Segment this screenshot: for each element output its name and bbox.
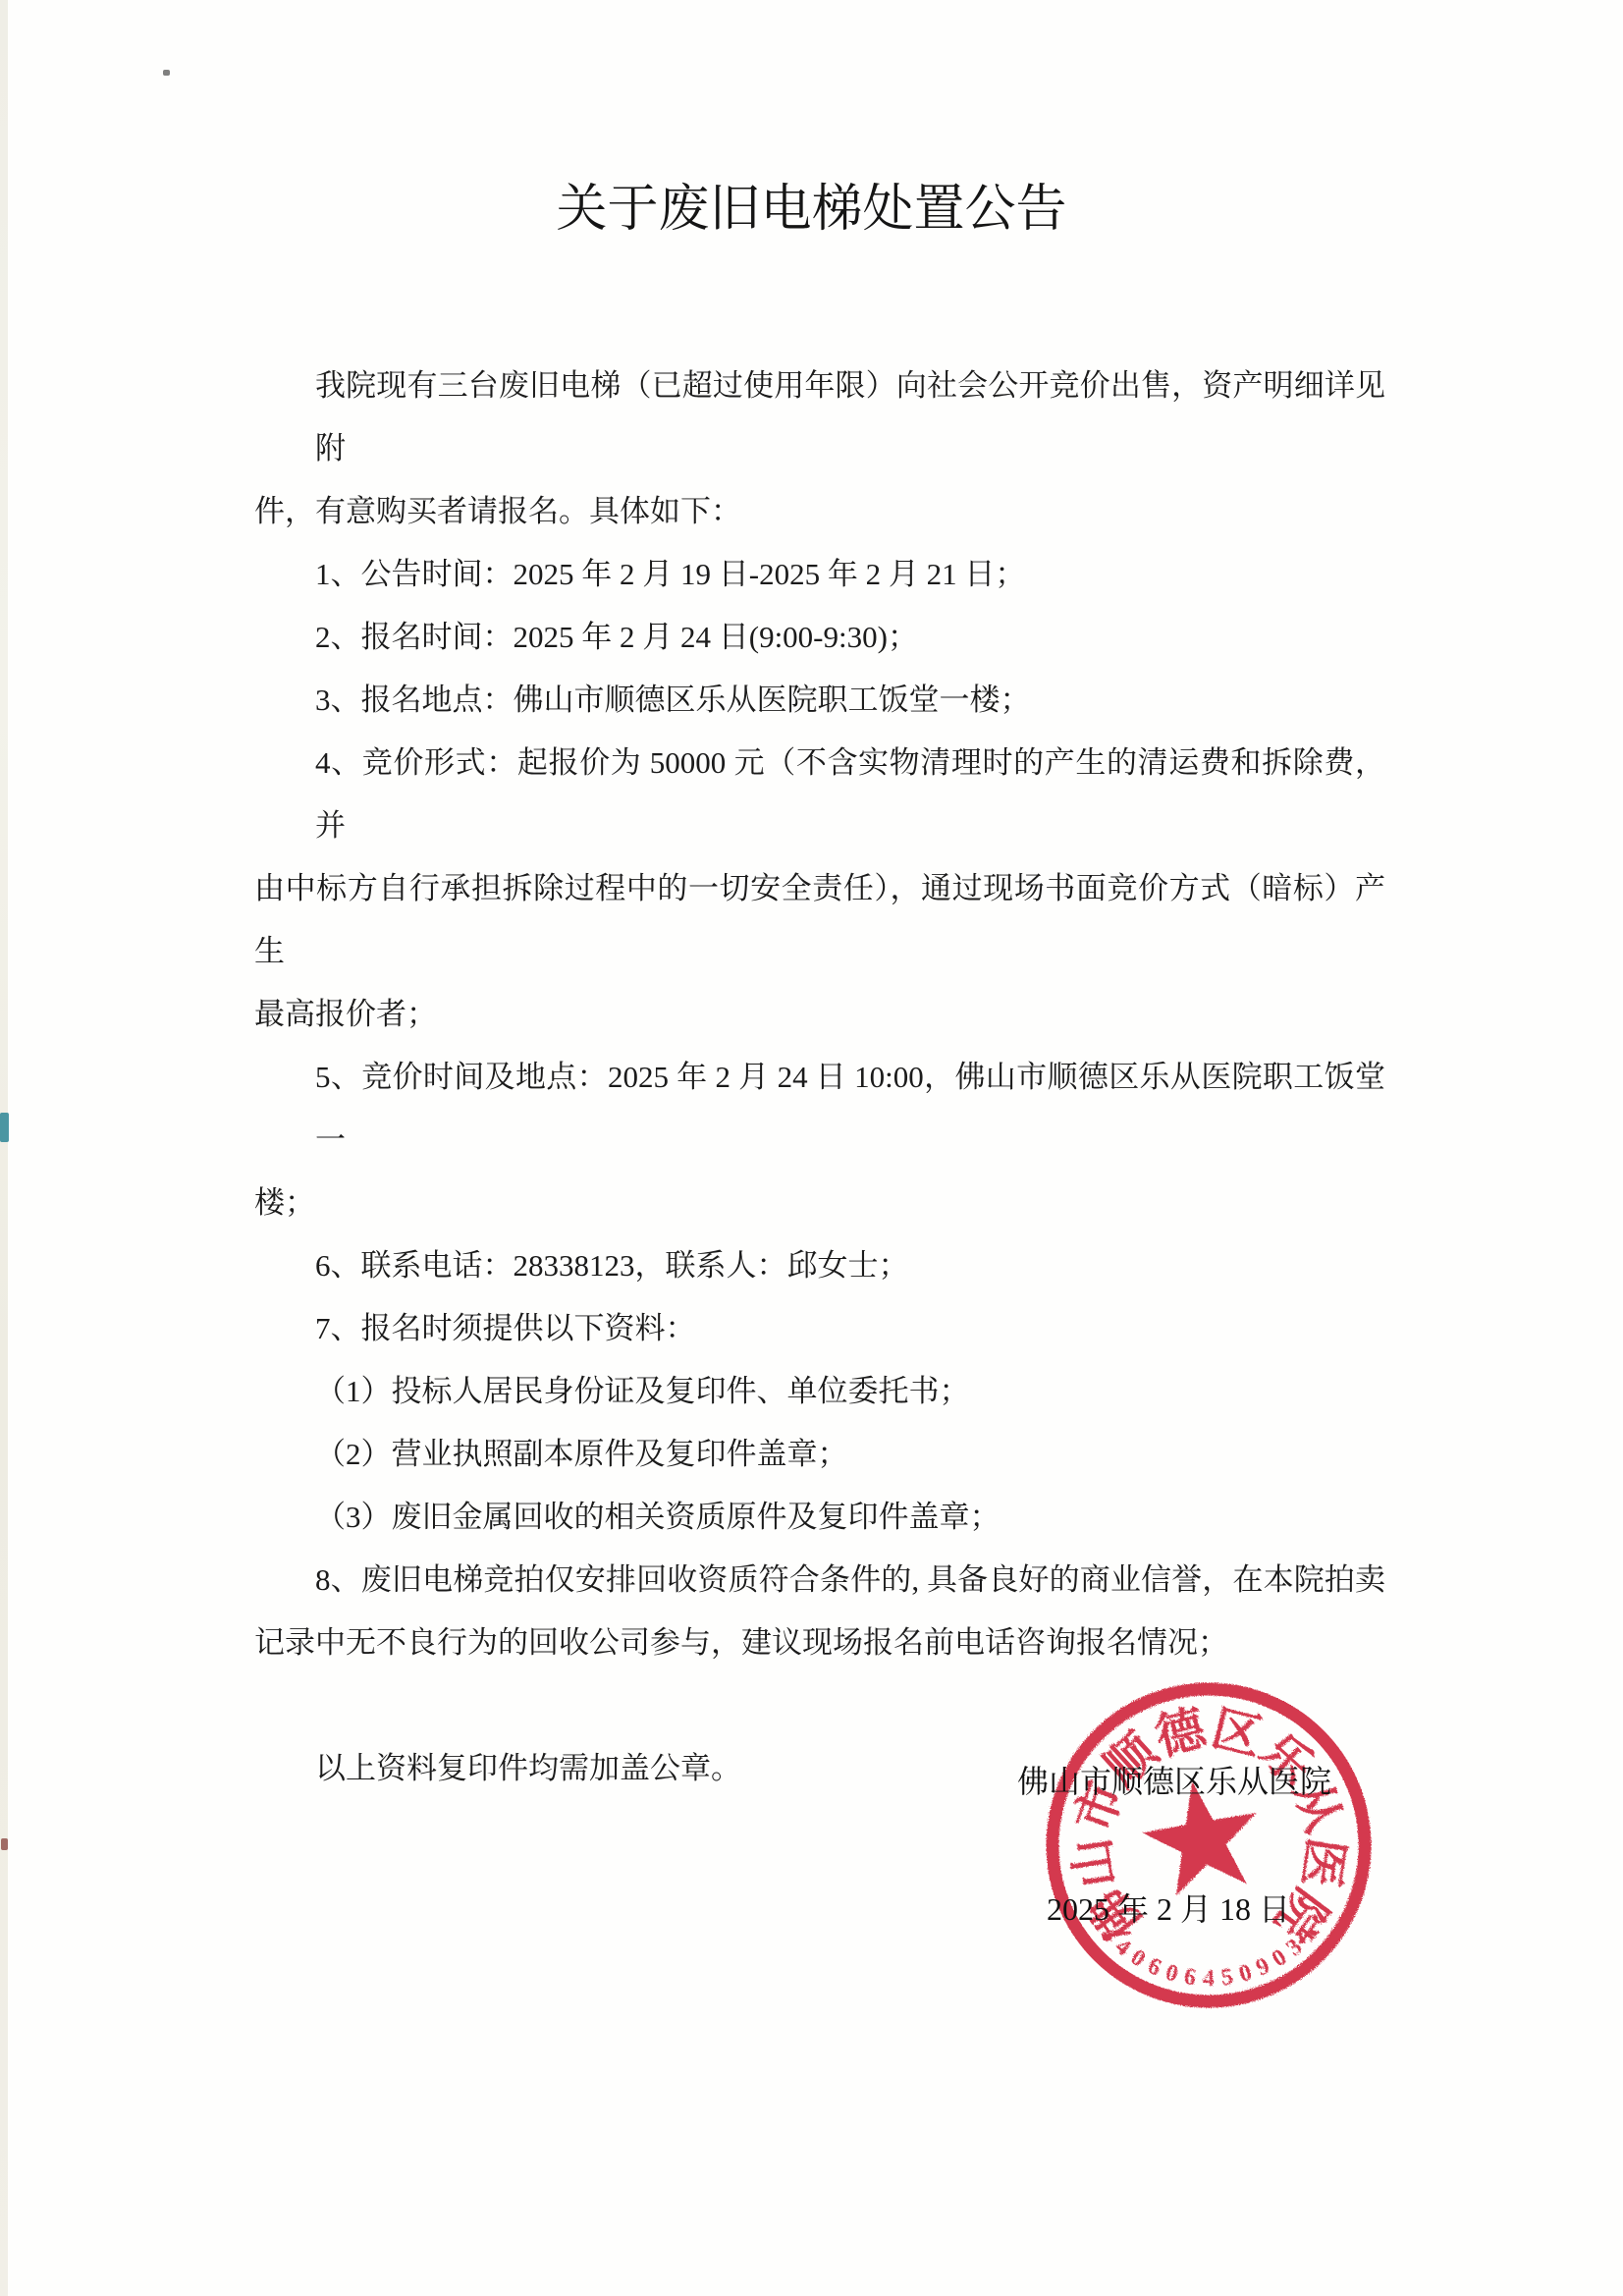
scan-speck <box>1 1838 8 1850</box>
body-line: 7、报名时须提供以下资料： <box>254 1297 1385 1360</box>
svg-text:5: 5 <box>1219 1964 1235 1991</box>
svg-text:山: 山 <box>1063 1834 1125 1891</box>
document-title: 关于废旧电梯处置公告 <box>0 181 1623 240</box>
signature-date: 2025 年 2 月 18 日 <box>1047 1889 1290 1929</box>
body-line: 3、报名地点：佛山市顺德区乐从医院职工饭堂一楼； <box>254 669 1385 732</box>
svg-text:0: 0 <box>1163 1960 1181 1988</box>
document-body: 我院现有三台废旧电梯（已超过使用年限）向社会公开竞价出售，资产明细详见附件，有意… <box>254 355 1385 1800</box>
official-seal-stamp: 佛山市顺德区乐从医院 4406064509031 <box>1021 1658 1414 2050</box>
svg-text:0: 0 <box>1126 1944 1150 1972</box>
body-line: 楼； <box>254 1172 1385 1234</box>
body-line: 6、联系电话：28338123，联系人：邱女士； <box>254 1234 1385 1297</box>
body-line: 我院现有三台废旧电梯（已超过使用年限）向社会公开竞价出售，资产明细详见附 <box>254 355 1385 480</box>
body-line: （2）营业执照副本原件及复印件盖章； <box>254 1423 1385 1486</box>
svg-text:医: 医 <box>1292 1834 1354 1891</box>
svg-text:9: 9 <box>1253 1953 1274 1982</box>
scan-speck <box>0 1113 9 1142</box>
svg-text:4: 4 <box>1203 1966 1215 1992</box>
body-line: 件，有意购买者请报名。具体如下： <box>254 480 1385 543</box>
body-line: 最高报价者； <box>254 983 1385 1046</box>
body-line: （3）废旧金属回收的相关资质原件及复印件盖章； <box>254 1486 1385 1549</box>
body-line: 8、废旧电梯竞拍仅安排回收资质符合条件的, 具备良好的商业信誉，在本院拍卖 <box>254 1549 1385 1612</box>
scan-edge-artifact <box>0 0 8 2296</box>
signature-organization: 佛山市顺德区乐从医院 <box>1017 1762 1331 1801</box>
body-line: 2、报名时间：2025 年 2 月 24 日(9:00-9:30)； <box>254 606 1385 669</box>
body-line: 由中标方自行承担拆除过程中的一切安全责任），通过现场书面竞价方式（暗标）产生 <box>254 857 1385 983</box>
body-line: 5、竞价时间及地点：2025 年 2 月 24 日 10:00，佛山市顺德区乐从… <box>254 1046 1385 1172</box>
body-line: 1、公告时间：2025 年 2 月 19 日-2025 年 2 月 21 日； <box>254 543 1385 606</box>
svg-text:0: 0 <box>1236 1960 1255 1988</box>
scan-speck <box>163 70 170 76</box>
svg-text:6: 6 <box>1182 1964 1198 1991</box>
body-line: （1）投标人居民身份证及复印件、单位委托书； <box>254 1360 1385 1423</box>
body-line: 4、竞价形式：起报价为 50000 元（不含实物清理时的产生的清运费和拆除费，并 <box>254 732 1385 857</box>
svg-text:6: 6 <box>1144 1953 1165 1982</box>
scanned-document-page: 关于废旧电梯处置公告 我院现有三台废旧电梯（已超过使用年限）向社会公开竞价出售，… <box>0 0 1623 2296</box>
